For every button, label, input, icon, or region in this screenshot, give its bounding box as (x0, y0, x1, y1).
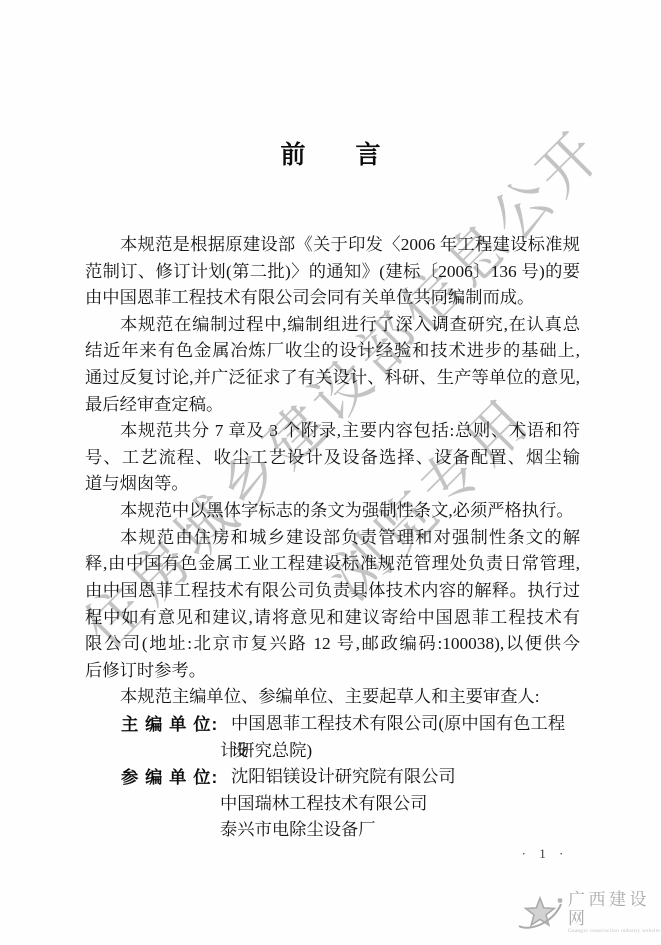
editor-value: 沈阳铝镁设计研究院有限公司 (231, 767, 456, 786)
footer-logo-tagline: Guangxi construction industry website (568, 928, 660, 935)
body-line: 范制订、修订计划(第二批)〉的通知》(建标〔2006〕136 号)的要求, (85, 259, 580, 286)
body-line: 本规范中以黑体字标志的条文为强制性条文,必须严格执行。 (85, 498, 580, 525)
body-line: 后修订时参考。 (85, 658, 580, 685)
body-line: 本规范主编单位、参编单位、主要起草人和主要审查人: (85, 684, 580, 711)
body-line: 道与烟囱等。 (85, 471, 580, 498)
document-page: 住房城乡建设部信息公开 浏览专用 前 言 本规范是根据原建设部《关于印发〈200… (0, 0, 661, 945)
body-line: 通过反复讨论,并广泛征求了有关设计、科研、生产等单位的意见, (85, 365, 580, 392)
body-line: 本规范共分 7 章及 3 个附录,主要内容包括:总则、术语和符 (85, 418, 580, 445)
body-line: 结近年来有色金属冶炼厂收尘的设计经验和技术进步的基础上, (85, 338, 580, 365)
body-line: 最后经审查定稿。 (85, 392, 580, 419)
body-line: 本规范是根据原建设部《关于印发〈2006 年工程建设标准规 (85, 232, 580, 259)
editor-value-continued: 计研究总院) (85, 738, 580, 765)
footer-logo: 广西建设网 Guangxi construction industry webs… (516, 890, 661, 935)
body-line: 由中国恩菲工程技术有限公司会同有关单位共同编制而成。 (85, 285, 580, 312)
page-number: · 1 · (505, 846, 585, 862)
body-line: 程中如有意见和建议,请将意见和建议寄给中国恩菲工程技术有 (85, 605, 580, 632)
editor-label: 主 编 单 位: (121, 711, 218, 738)
footer-logo-text: 广西建设网 Guangxi construction industry webs… (568, 890, 661, 935)
body-line: 限公司(地址:北京市复兴路 12 号,邮政编码:100038),以便供今 (85, 631, 580, 658)
editor-label: 参 编 单 位: (121, 764, 218, 791)
page-title: 前 言 (0, 139, 661, 171)
star-swoosh-icon (516, 891, 564, 935)
body-line: 本规范在编制过程中,编制组进行了深入调查研究,在认真总 (85, 312, 580, 339)
editor-row: 参 编 单 位:沈阳铝镁设计研究院有限公司 (85, 764, 580, 791)
body-line: 号、工艺流程、收尘工艺设计及设备选择、设备配置、烟尘输送、管 (85, 445, 580, 472)
footer-logo-site-name: 广西建设网 (568, 890, 661, 928)
body-line: 由中国恩菲工程技术有限公司负责具体技术内容的解释。执行过 (85, 578, 580, 605)
body-line: 释,由中国有色金属工业工程建设标准规范管理处负责日常管理, (85, 551, 580, 578)
body-line: 本规范由住房和城乡建设部负责管理和对强制性条文的解 (85, 525, 580, 552)
body-paragraphs: 本规范是根据原建设部《关于印发〈2006 年工程建设标准规范制订、修订计划(第二… (85, 232, 580, 844)
editor-value-continued: 泰兴市电除尘设备厂 (85, 817, 580, 844)
editor-value-continued: 中国瑞林工程技术有限公司 (85, 791, 580, 818)
editor-row: 主 编 单 位:中国恩菲工程技术有限公司(原中国有色工程设 (85, 711, 580, 738)
